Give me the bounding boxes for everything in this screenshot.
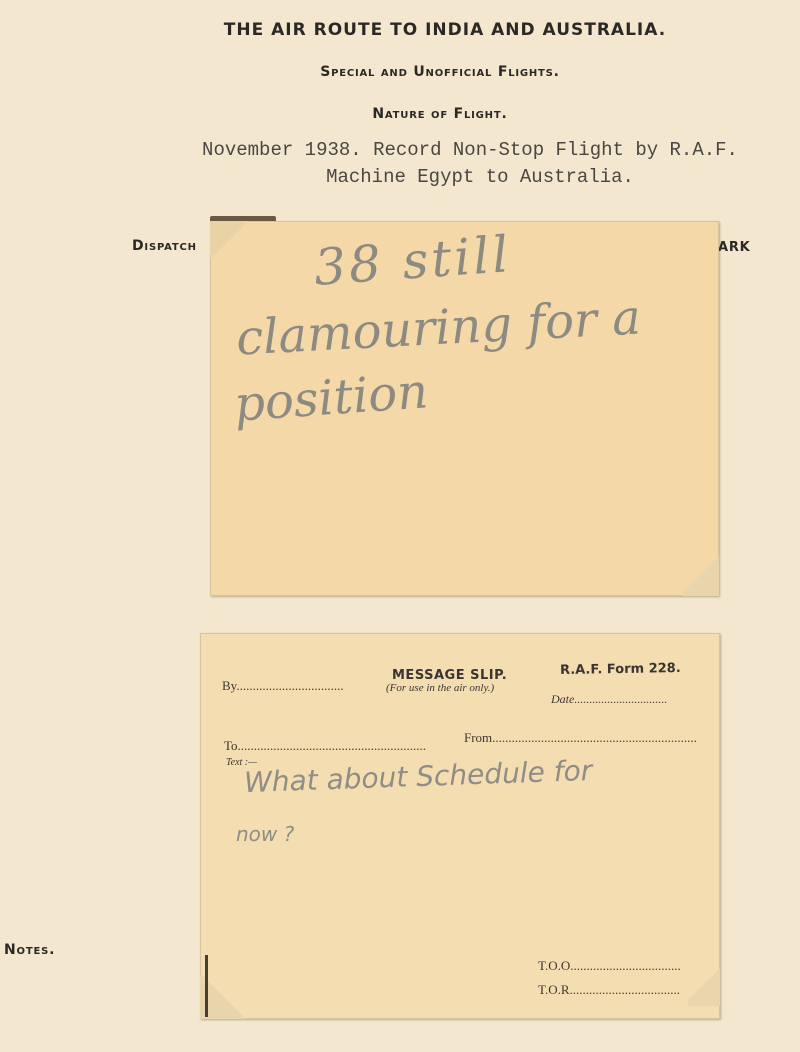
album-page-title: THE AIR ROUTE TO INDIA AND AUSTRALIA. [0, 20, 800, 40]
postmark-label-partial: ARK [718, 240, 751, 255]
slip-by-field: By................................. [222, 678, 344, 694]
nature-of-flight-label: Nature of Flight. [0, 106, 800, 122]
mount-hinge [205, 955, 208, 1017]
section-subtitle: Special and Unofficial Flights. [0, 64, 800, 80]
nature-description-line2: Machine Egypt to Australia. [170, 163, 790, 191]
slip-handwriting-line: now ? [236, 822, 294, 846]
slip-from-field: From....................................… [464, 730, 697, 746]
notes-label: Notes. [4, 942, 55, 958]
slip-title: MESSAGE SLIP. [392, 668, 507, 683]
photo-corner-mount [210, 221, 248, 259]
photo-corner-mount [688, 962, 720, 1006]
slip-date-field: Date............................... [551, 692, 667, 707]
slip-form-number: R.A.F. Form 228. [560, 661, 681, 678]
photo-corner-mount [683, 552, 719, 596]
nature-description-line1: November 1938. Record Non-Stop Flight by… [160, 136, 780, 164]
slip-subtitle: (For use in the air only.) [386, 682, 494, 694]
dispatch-label: Dispatch [132, 238, 197, 254]
slip-to-field: To......................................… [224, 738, 426, 754]
slip-too-field: T.O.O.................................. [538, 958, 681, 974]
slip-tor-field: T.O.R.................................. [538, 982, 680, 998]
